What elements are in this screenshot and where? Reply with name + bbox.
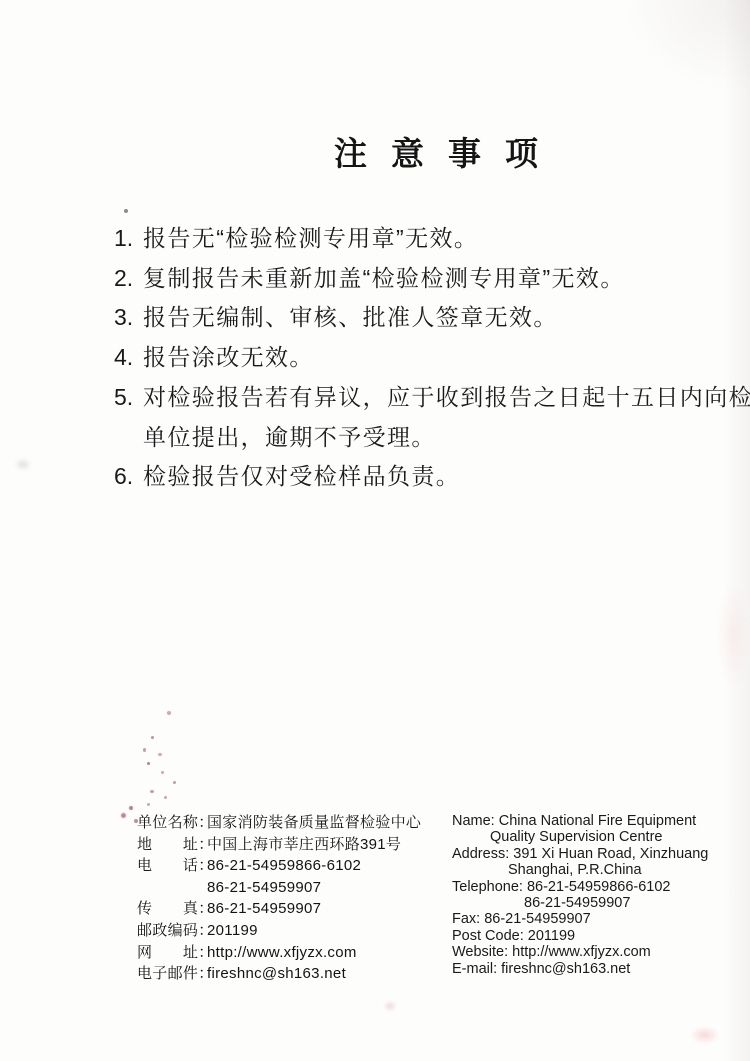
contact-en-address-2: Shanghai, P.R.China [452, 862, 732, 878]
contact-row-unit-name: 单位名称： 国家消防装备质量监督检验中心 [137, 812, 421, 834]
stamp-residue-artifact [147, 803, 150, 806]
stamp-residue-artifact [383, 1000, 397, 1012]
notice-line-continuation: 单位提出，逾期不予受理。 [114, 418, 694, 458]
contact-en-postcode: Post Code: 201199 [452, 928, 732, 944]
contact-value: 201199 [207, 920, 258, 942]
stamp-residue-artifact [690, 1026, 720, 1044]
notice-number: 3. [114, 298, 143, 338]
ink-dot-artifact [124, 209, 128, 213]
stamp-residue-artifact [147, 762, 150, 765]
contact-row-fax: 传 真： 86-21-54959907 [137, 898, 421, 920]
notice-text: 复制报告未重新加盖“检验检测专用章”无效。 [143, 259, 625, 299]
contact-label: 网 址： [137, 942, 207, 964]
stamp-residue-artifact [121, 813, 126, 818]
scan-smudge-artifact [17, 460, 29, 469]
contact-label: 电 话： [137, 855, 207, 877]
contact-label [137, 877, 207, 899]
contact-en-email: E-mail: fireshnc@sh163.net [452, 961, 732, 977]
scan-corner-shadow [620, 0, 750, 95]
notice-number [114, 418, 143, 458]
notice-line: 2. 复制报告未重新加盖“检验检测专用章”无效。 [114, 259, 694, 299]
contact-row-telephone-2: 86-21-54959907 [137, 877, 421, 899]
contact-block-english: Name: China National Fire Equipment Qual… [452, 813, 732, 977]
stamp-residue-artifact [151, 736, 154, 739]
page-title: 注意事项 [334, 128, 562, 175]
contact-value: 86-21-54959907 [207, 877, 321, 899]
scanned-document-page: 注意事项 1. 报告无“检验检测专用章”无效。 2. 复制报告未重新加盖“检验检… [0, 0, 750, 1061]
notice-number: 4. [114, 338, 143, 378]
notice-line: 1. 报告无“检验检测专用章”无效。 [114, 219, 694, 259]
notice-text: 报告无“检验检测专用章”无效。 [143, 219, 478, 259]
contact-value: 国家消防装备质量监督检验中心 [207, 812, 421, 834]
contact-en-name-2: Quality Supervision Centre [452, 829, 732, 845]
contact-value: 中国上海市莘庄西环路391号 [207, 834, 401, 856]
contact-value: 86-21-54959907 [207, 898, 321, 920]
stamp-residue-artifact [158, 753, 162, 756]
contact-en-fax: Fax: 86-21-54959907 [452, 911, 732, 927]
contact-en-name: Name: China National Fire Equipment [452, 813, 732, 829]
contact-en-website: Website: http://www.xfjyzx.com [452, 944, 732, 960]
stamp-residue-artifact [161, 771, 164, 774]
contact-row-telephone: 电 话： 86-21-54959866-6102 [137, 855, 421, 877]
contact-block-chinese: 单位名称： 国家消防装备质量监督检验中心 地 址： 中国上海市莘庄西环路391号… [137, 812, 421, 985]
notice-line: 3. 报告无编制、审核、批准人签章无效。 [114, 298, 694, 338]
notice-list: 1. 报告无“检验检测专用章”无效。 2. 复制报告未重新加盖“检验检测专用章”… [114, 219, 694, 497]
contact-label: 邮政编码： [137, 920, 207, 942]
contact-row-email: 电子邮件： fireshnc@sh163.net [137, 963, 421, 985]
contact-en-address: Address: 391 Xi Huan Road, Xinzhuang [452, 846, 732, 862]
stamp-residue-artifact [150, 790, 154, 793]
contact-value: 86-21-54959866-6102 [207, 855, 361, 877]
stamp-residue-artifact [173, 781, 176, 784]
notice-text: 单位提出，逾期不予受理。 [143, 418, 436, 458]
contact-row-postcode: 邮政编码： 201199 [137, 920, 421, 942]
contact-label: 传 真： [137, 898, 207, 920]
notice-text: 报告无编制、审核、批准人签章无效。 [143, 298, 558, 338]
notice-text: 报告涂改无效。 [143, 338, 314, 378]
notice-number: 5. [114, 378, 143, 418]
contact-row-address: 地 址： 中国上海市莘庄西环路391号 [137, 834, 421, 856]
stamp-residue-artifact [716, 580, 750, 690]
stamp-residue-artifact [143, 748, 146, 752]
notice-line: 4. 报告涂改无效。 [114, 338, 694, 378]
contact-label: 地 址： [137, 834, 207, 856]
stamp-residue-artifact [167, 711, 171, 715]
contact-label: 电子邮件： [137, 963, 207, 985]
notice-line: 5. 对检验报告若有异议，应于收到报告之日起十五日内向检验 [114, 378, 694, 418]
contact-en-telephone: Telephone: 86-21-54959866-6102 [452, 879, 732, 895]
notice-text: 对检验报告若有异议，应于收到报告之日起十五日内向检验 [143, 378, 750, 418]
notice-text: 检验报告仅对受检样品负责。 [143, 457, 460, 497]
notice-number: 1. [114, 219, 143, 259]
contact-value: fireshnc@sh163.net [207, 963, 346, 985]
notice-line: 6. 检验报告仅对受检样品负责。 [114, 457, 694, 497]
contact-value: http://www.xfjyzx.com [207, 942, 357, 964]
stamp-residue-artifact [164, 796, 167, 799]
contact-label: 单位名称： [137, 812, 207, 834]
contact-en-telephone-2: 86-21-54959907 [452, 895, 732, 911]
notice-number: 6. [114, 457, 143, 497]
notice-number: 2. [114, 259, 143, 299]
stamp-residue-artifact [129, 806, 133, 810]
contact-row-website: 网 址： http://www.xfjyzx.com [137, 942, 421, 964]
